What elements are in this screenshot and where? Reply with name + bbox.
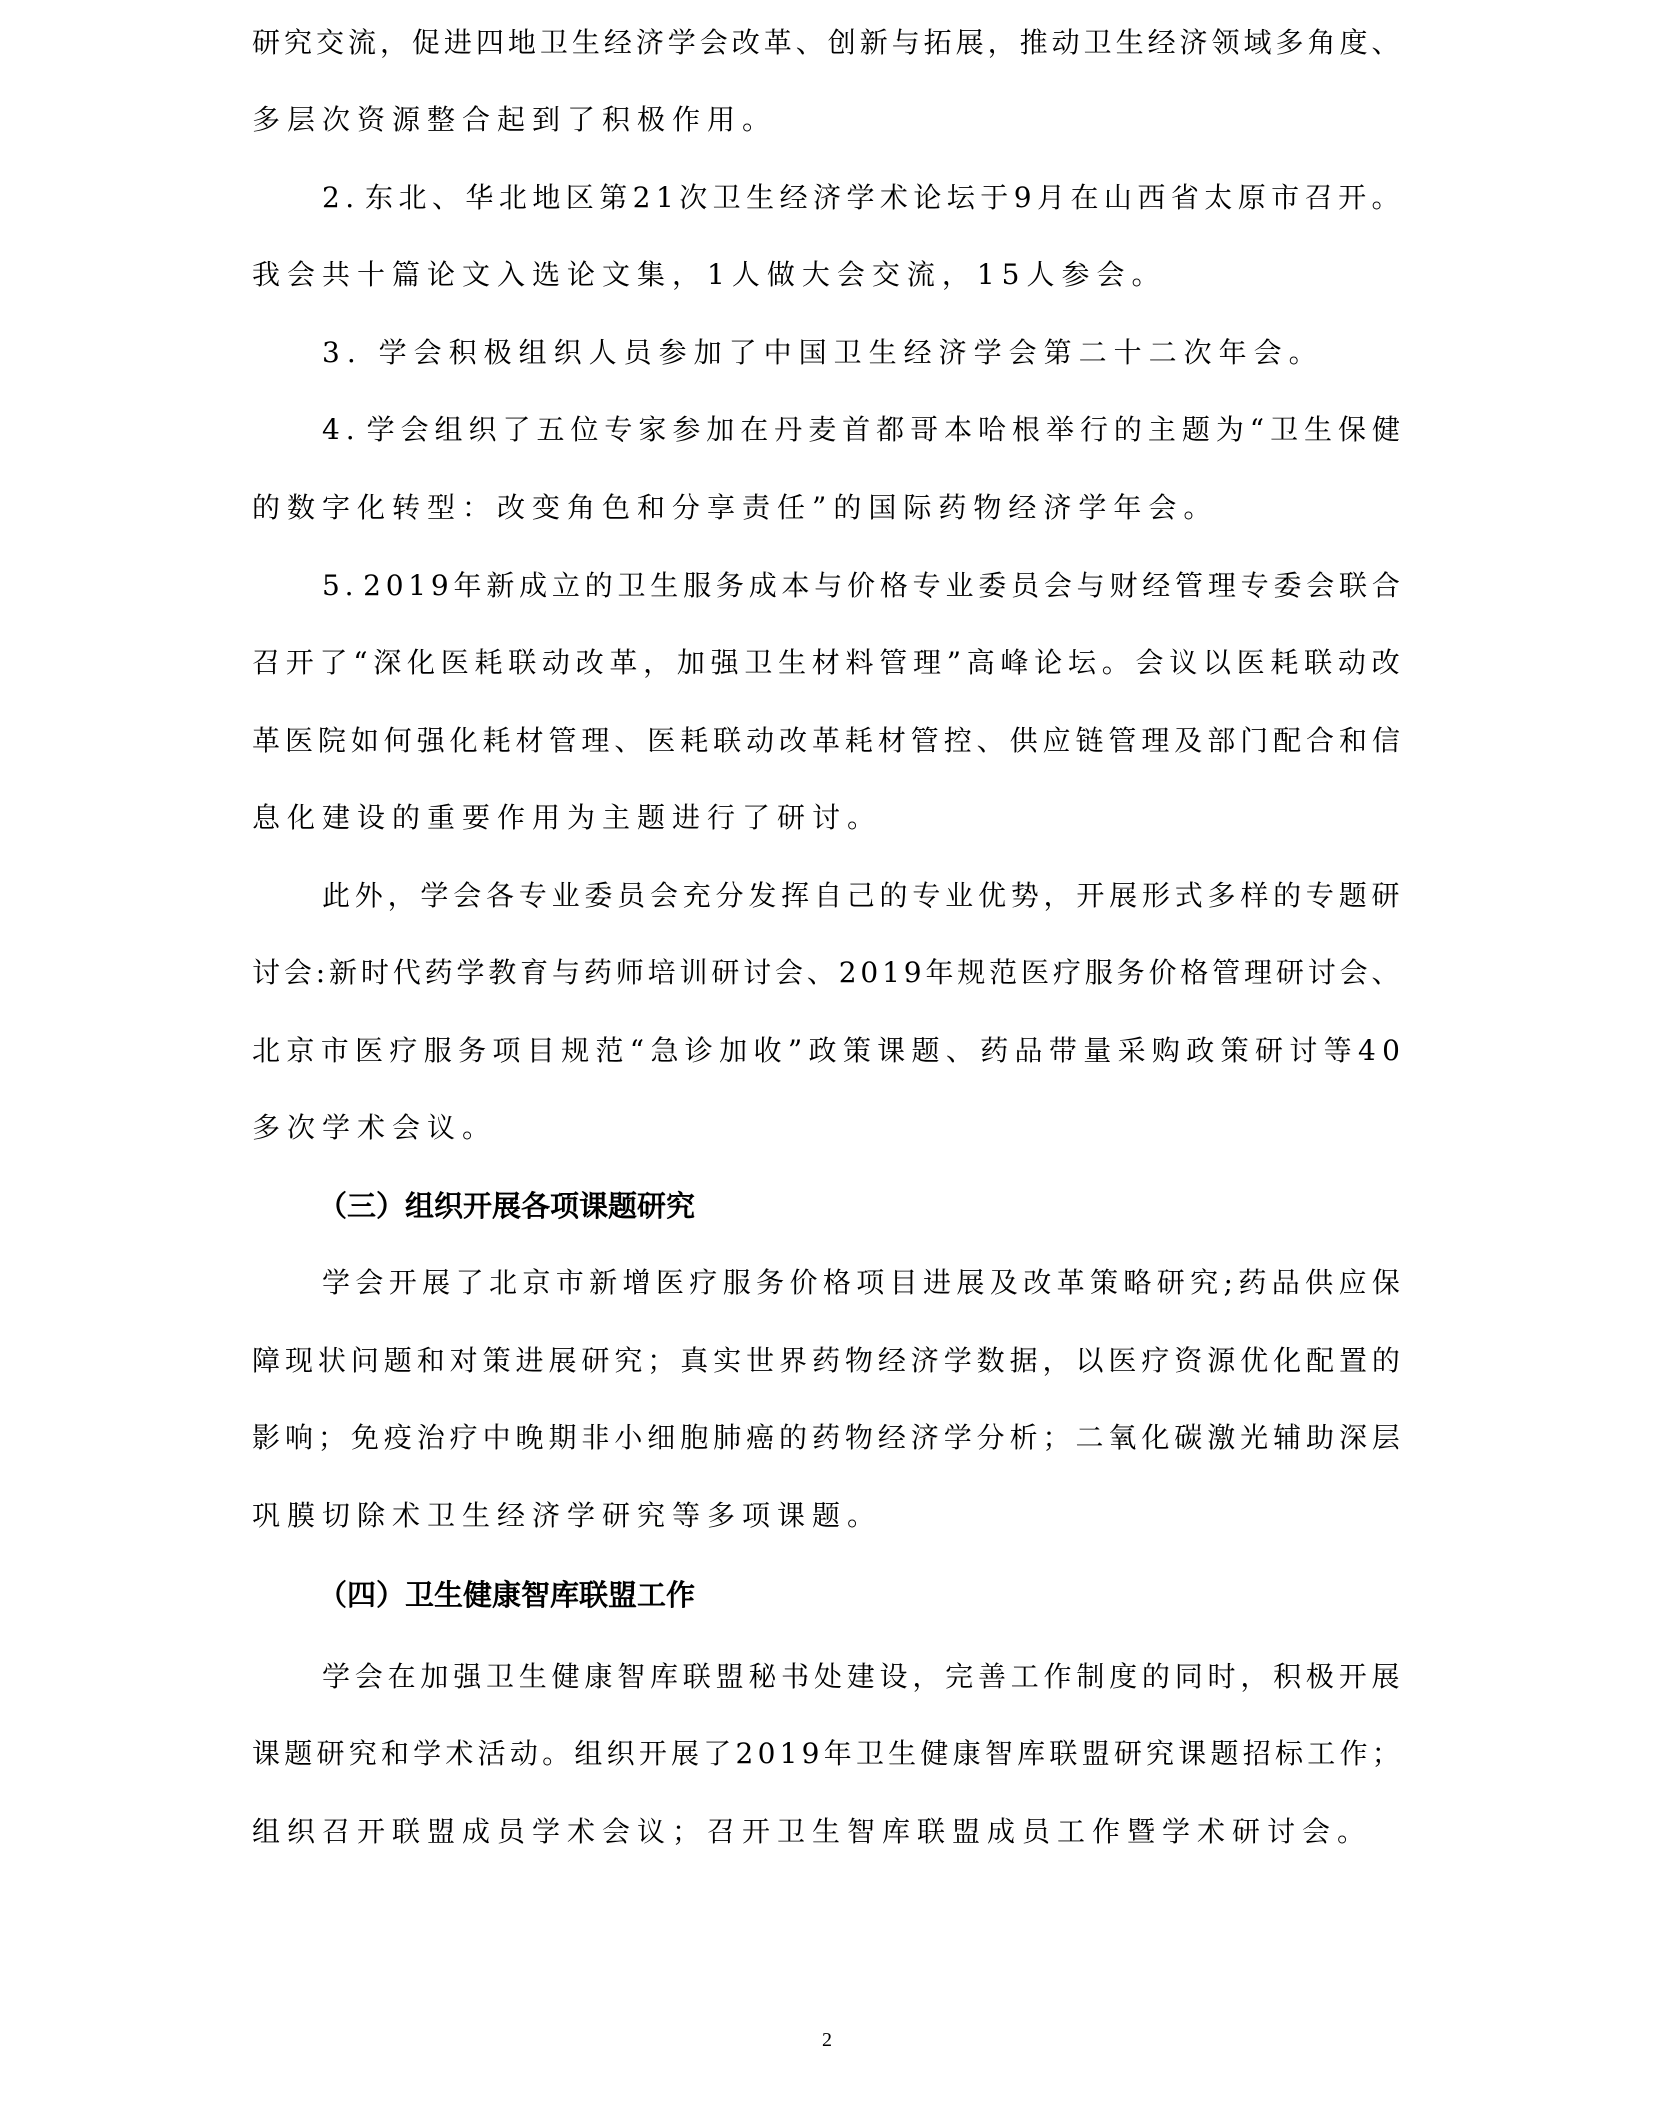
section-heading-4: （四）卫生健康智库联盟工作 [318,1575,695,1615]
list-item-5-line: 革医院如何强化耗材管理、医耗联动改革耗材管控、供应链管理及部门配合和信 [252,721,1400,761]
body-text-line: 课题研究和学术活动。组织开展了2019年卫生健康智库联盟研究课题招标工作； [252,1734,1400,1774]
body-text-line: 多层次资源整合起到了积极作用。 [252,100,1400,140]
list-item-4-line: 的数字化转型：改变角色和分享责任”的国际药物经济学年会。 [252,488,1400,528]
list-item-5-line: 息化建设的重要作用为主题进行了研讨。 [252,798,1400,838]
list-item-2-line: 2. 东北、华北地区第21次卫生经济学术论坛于9月在山西省太原市召开。 [322,178,1400,218]
body-text-line: 巩膜切除术卫生经济学研究等多项课题。 [252,1496,1400,1536]
body-text-line: 组织召开联盟成员学术会议；召开卫生智库联盟成员工作暨学术研讨会。 [252,1812,1400,1852]
body-text-line: 此外，学会各专业委员会充分发挥自己的专业优势，开展形式多样的专题研 [322,876,1400,916]
body-text-line: 北京市医疗服务项目规范“急诊加收”政策课题、药品带量采购政策研讨等40 [252,1031,1400,1071]
body-text-line: 讨会:新时代药学教育与药师培训研讨会、2019年规范医疗服务价格管理研讨会、 [252,953,1400,993]
list-item-5-line: 召开了“深化医耗联动改革，加强卫生材料管理”高峰论坛。会议以医耗联动改 [252,643,1400,683]
list-item-2-line: 我会共十篇论文入选论文集，1人做大会交流，15人参会。 [252,255,1400,295]
list-item-3-line: 3. 学会积极组织人员参加了中国卫生经济学会第二十二次年会。 [322,333,1400,373]
body-text-line: 多次学术会议。 [252,1108,1400,1148]
body-text-line: 学会在加强卫生健康智库联盟秘书处建设，完善工作制度的同时，积极开展 [322,1657,1400,1697]
document-page: 研究交流，促进四地卫生经济学会改革、创新与拓展，推动卫生经济领域多角度、 多层次… [0,0,1654,2126]
body-text-line: 障现状问题和对策进展研究；真实世界药物经济学数据，以医疗资源优化配置的 [252,1341,1400,1381]
section-heading-3: （三）组织开展各项课题研究 [318,1186,695,1226]
list-item-4-line: 4. 学会组织了五位专家参加在丹麦首都哥本哈根举行的主题为“卫生保健 [322,410,1400,450]
body-text-line: 研究交流，促进四地卫生经济学会改革、创新与拓展，推动卫生经济领域多角度、 [252,23,1400,63]
body-text-line: 影响；免疫治疗中晚期非小细胞肺癌的药物经济学分析；二氧化碳激光辅助深层 [252,1418,1400,1458]
body-text-line: 学会开展了北京市新增医疗服务价格项目进展及改革策略研究;药品供应保 [322,1263,1400,1303]
page-number: 2 [0,2028,1654,2052]
list-item-5-line: 5. 2019年新成立的卫生服务成本与价格专业委员会与财经管理专委会联合 [322,566,1400,606]
